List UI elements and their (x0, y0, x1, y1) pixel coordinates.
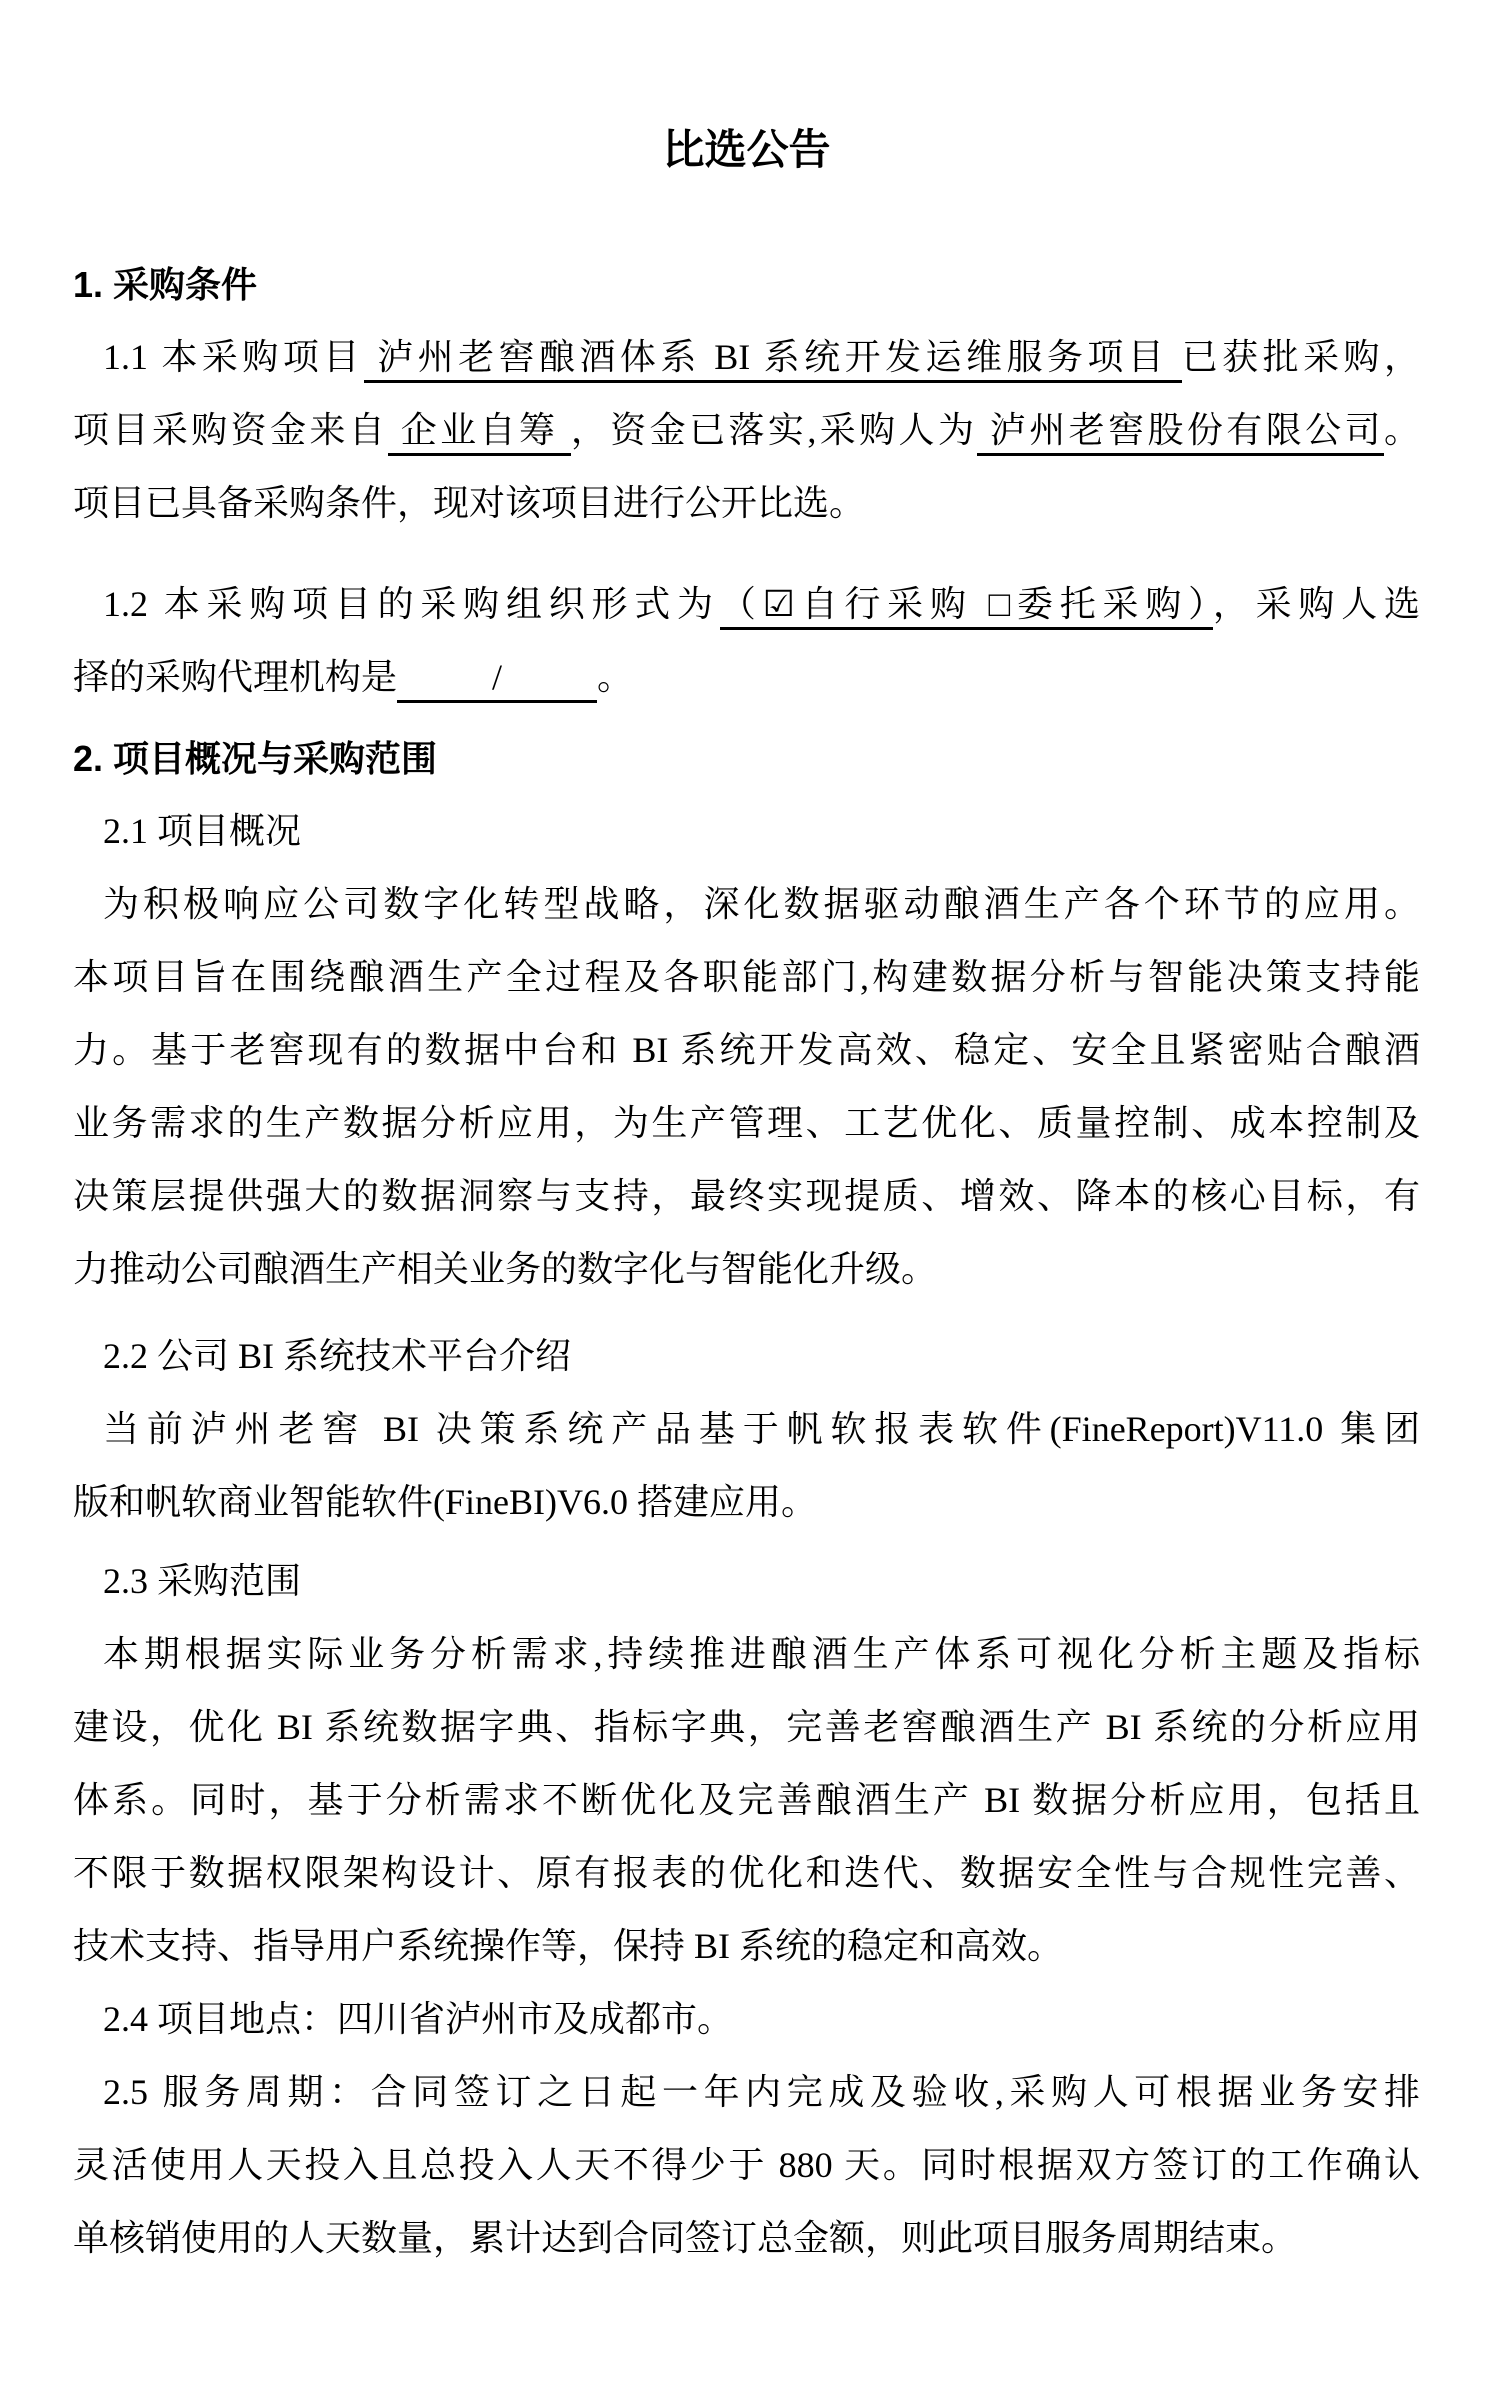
agency-fill-in-blank: / (397, 657, 597, 703)
p11-line2-middle: ，资金已落实,采购人为 (571, 410, 978, 450)
blank-slash: / (492, 657, 502, 697)
p12-line1-prefix: 1.2 本采购项目的采购组织形式为 (103, 584, 720, 624)
section-1-heading: 1. 采购条件 (73, 248, 1420, 321)
paragraph-2-1: 为积极响应公司数字化转型战略，深化数据驱动酿酒生产各个环节的应用。 本项目旨在围… (73, 868, 1420, 1306)
paragraph-2-1-line-1: 为积极响应公司数字化转型战略，深化数据驱动酿酒生产各个环节的应用。 (73, 868, 1420, 941)
paragraph-2-1-line-3: 力。基于老窖现有的数据中台和 BI 系统开发高效、稳定、安全且紧密贴合酿酒 (73, 1014, 1420, 1087)
paragraph-2-3-line-2: 建设，优化 BI 系统数据字典、指标字典，完善老窖酿酒生产 BI 系统的分析应用 (73, 1691, 1420, 1764)
paragraph-2-3-line-4: 不限于数据权限架构设计、原有报表的优化和迭代、数据安全性与合规性完善、 (73, 1837, 1420, 1910)
paragraph-1-1: 1.1 本采购项目 泸州老窖酿酒体系 BI 系统开发运维服务项目 已获批采购， … (73, 321, 1420, 540)
p11-line1-prefix: 1.1 本采购项目 (103, 337, 364, 377)
paragraph-2-1-line-4: 业务需求的生产数据分析应用，为生产管理、工艺优化、质量控制、成本控制及 (73, 1087, 1420, 1160)
purchaser-name-underlined: 泸州老窖股份有限公司 (977, 410, 1384, 456)
paragraph-2-5-line-3: 单核销使用的人天数量，累计达到合同签订总金额，则此项目服务周期结束。 (73, 2202, 1420, 2275)
paragraph-2-5-line-1: 2.5 服务周期：合同签订之日起一年内完成及验收,采购人可根据业务安排 (73, 2056, 1420, 2129)
paragraph-1-1-line-3: 项目已具备采购条件，现对该项目进行公开比选。 (73, 467, 1420, 540)
paragraph-2-1-line-2: 本项目旨在围绕酿酒生产全过程及各职能部门,构建数据分析与智能决策支持能 (73, 941, 1420, 1014)
paragraph-2-2: 当前泸州老窖 BI 决策系统产品基于帆软报表软件(FineReport)V11.… (73, 1393, 1420, 1539)
document-page: 比选公告 1. 采购条件 1.1 本采购项目 泸州老窖酿酒体系 BI 系统开发运… (0, 0, 1500, 2384)
paragraph-1-2: 1.2 本采购项目的采购组织形式为（☑自行采购 □委托采购），采购人选 择的采购… (73, 568, 1420, 714)
paragraph-1-1-line-2: 项目采购资金来自 企业自筹 ，资金已落实,采购人为 泸州老窖股份有限公司。 (73, 394, 1420, 467)
project-name-underlined: 泸州老窖酿酒体系 BI 系统开发运维服务项目 (364, 337, 1182, 383)
paragraph-2-3-line-3: 体系。同时，基于分析需求不断优化及完善酿酒生产 BI 数据分析应用，包括且 (73, 1764, 1420, 1837)
p11-line2-suffix: 。 (1384, 410, 1420, 450)
procurement-form-underlined: （☑自行采购 □委托采购） (720, 584, 1213, 630)
p12-line2-prefix: 择的采购代理机构是 (73, 657, 397, 697)
paragraph-2-2-line-1: 当前泸州老窖 BI 决策系统产品基于帆软报表软件(FineReport)V11.… (73, 1393, 1420, 1466)
paragraph-1-1-line-1: 1.1 本采购项目 泸州老窖酿酒体系 BI 系统开发运维服务项目 已获批采购， (73, 321, 1420, 394)
paragraph-1-2-line-1: 1.2 本采购项目的采购组织形式为（☑自行采购 □委托采购），采购人选 (73, 568, 1420, 641)
paragraph-2-1-line-6: 力推动公司酿酒生产相关业务的数字化与智能化升级。 (73, 1233, 1420, 1306)
paragraph-2-5-line-2: 灵活使用人天投入且总投入人天不得少于 880 天。同时根据双方签订的工作确认 (73, 2129, 1420, 2202)
section-2-heading: 2. 项目概况与采购范围 (73, 722, 1420, 795)
p12-line2-suffix: 。 (597, 657, 633, 697)
section-2-4-line: 2.4 项目地点：四川省泸州市及成都市。 (73, 1983, 1420, 2056)
p11-line1-suffix: 已获批采购， (1182, 337, 1420, 377)
paragraph-2-2-line-2: 版和帆软商业智能软件(FineBI)V6.0 搭建应用。 (73, 1466, 1420, 1539)
funding-source-underlined: 企业自筹 (388, 410, 571, 456)
document-title: 比选公告 (73, 113, 1420, 186)
p12-line1-suffix: ，采购人选 (1213, 584, 1420, 624)
paragraph-2-1-line-5: 决策层提供强大的数据洞察与支持，最终实现提质、增效、降本的核心目标，有 (73, 1160, 1420, 1233)
paragraph-2-3: 本期根据实际业务分析需求,持续推进酿酒生产体系可视化分析主题及指标 建设，优化 … (73, 1618, 1420, 1983)
paragraph-2-3-line-5: 技术支持、指导用户系统操作等，保持 BI 系统的稳定和高效。 (73, 1910, 1420, 1983)
section-2-1-heading: 2.1 项目概况 (73, 795, 1420, 868)
p11-line2-prefix: 项目采购资金来自 (73, 410, 388, 450)
section-2-3-heading: 2.3 采购范围 (73, 1545, 1420, 1618)
paragraph-1-2-line-2: 择的采购代理机构是/。 (73, 641, 1420, 714)
paragraph-2-3-line-1: 本期根据实际业务分析需求,持续推进酿酒生产体系可视化分析主题及指标 (73, 1618, 1420, 1691)
section-2-2-heading: 2.2 公司 BI 系统技术平台介绍 (73, 1320, 1420, 1393)
paragraph-2-5: 2.5 服务周期：合同签订之日起一年内完成及验收,采购人可根据业务安排 灵活使用… (73, 2056, 1420, 2275)
